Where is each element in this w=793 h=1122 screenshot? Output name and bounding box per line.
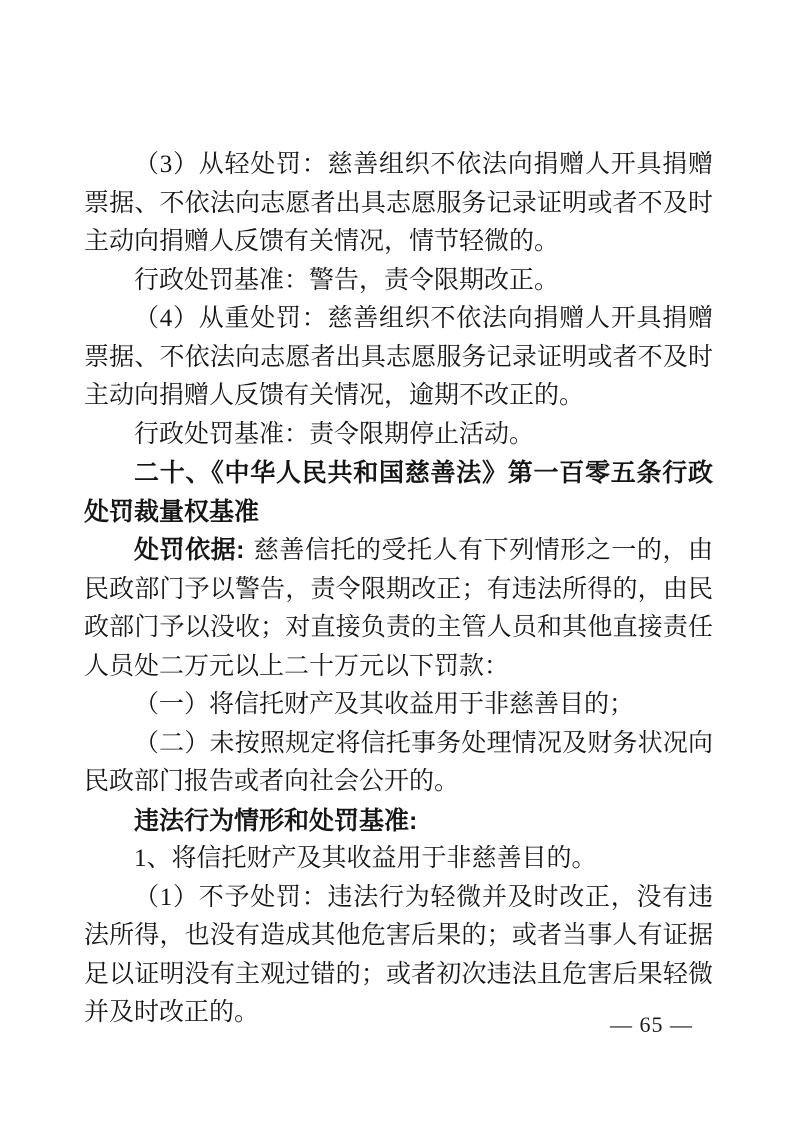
paragraph-no-penalty: （1）不予处罚：违法行为轻微并及时改正，没有违法所得，也没有造成其他危害后果的；…	[84, 879, 713, 1033]
paragraph-item-one: （一）将信托财产及其收益用于非慈善目的；	[84, 686, 713, 725]
paragraph-item-two: （二）未按照规定将信托事务处理情况及财务状况向民政部门报告或者向社会公开的。	[84, 725, 713, 802]
document-body: （3）从轻处罚：慈善组织不依法向捐赠人开具捐赠票据、不依法向志愿者出具志愿服务记…	[84, 146, 713, 1033]
subsection-heading-violation-standards: 违法行为情形和处罚基准:	[84, 802, 713, 841]
paragraph-penalty-basis: 处罚依据:慈善信托的受托人有下列情形之一的，由民政部门予以警告，责令限期改正；有…	[84, 531, 713, 686]
paragraph-penalty-standard-heavier: 行政处罚基准：责令限期停止活动。	[84, 416, 713, 455]
page-number: — 65 —	[610, 1012, 693, 1038]
paragraph-heavier-penalty: （4）从重处罚：慈善组织不依法向捐赠人开具捐赠票据、不依法向志愿者出具志愿服务记…	[84, 300, 713, 416]
paragraph-violation-1: 1、将信托财产及其收益用于非慈善目的。	[84, 840, 713, 879]
paragraph-lenient-penalty: （3）从轻处罚：慈善组织不依法向捐赠人开具捐赠票据、不依法向志愿者出具志愿服务记…	[84, 146, 713, 262]
penalty-basis-label: 处罚依据:	[134, 536, 245, 564]
section-heading-article-105: 二十、《中华人民共和国慈善法》第一百零五条行政处罚裁量权基准	[84, 454, 713, 531]
paragraph-penalty-standard-lenient: 行政处罚基准：警告，责令限期改正。	[84, 262, 713, 301]
